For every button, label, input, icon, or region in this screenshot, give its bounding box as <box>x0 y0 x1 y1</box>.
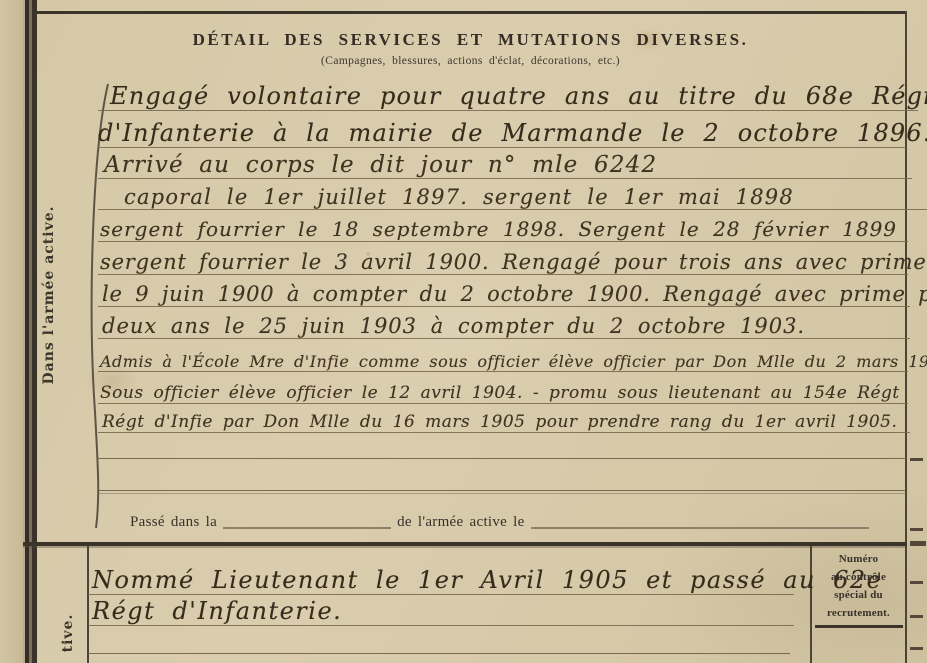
blank-rule <box>98 458 906 459</box>
left-border-bar <box>23 0 37 663</box>
blank-rule <box>98 490 906 491</box>
margin-tick <box>910 581 923 584</box>
blank-rule <box>88 653 790 654</box>
section-header: DÉTAIL DES SERVICES ET MUTATIONS DIVERSE… <box>36 30 905 67</box>
paper-edge <box>0 0 23 663</box>
fill-blank <box>223 523 391 529</box>
service-entry: Régt d'Infie par Don Mlle du 16 mars 190… <box>98 402 910 433</box>
margin-tick <box>910 541 926 546</box>
service-entry: sergent fourrier le 3 avril 1900. Rengag… <box>98 242 908 275</box>
service-entry: d'Infanterie à la mairie de Marmande le … <box>98 113 906 148</box>
service-entry: caporal le 1er juillet 1897. sergent le … <box>98 177 927 210</box>
margin-label-partial: tive. <box>60 603 80 663</box>
margin-tick <box>910 528 923 531</box>
service-entry: le 9 juin 1900 à compter du 2 octobre 19… <box>98 274 910 307</box>
service-entry: Sous officier élève officier le 12 avril… <box>98 373 908 404</box>
transfer-prefix: Passé dans la <box>130 514 217 531</box>
service-entry: Admis à l'École Mre d'Infie comme sous o… <box>98 341 908 372</box>
top-rule <box>36 11 906 14</box>
control-box-line: recrutement. <box>813 604 904 622</box>
control-box-rule <box>815 625 903 628</box>
margin-tick <box>910 458 923 461</box>
service-entry: sergent fourrier le 18 septembre 1898. S… <box>98 209 908 242</box>
transfer-row: Passé dans la de l'armée active le <box>130 503 875 531</box>
service-entry: Arrivé au corps le dit jour n° mle 6242 <box>98 146 912 179</box>
control-number-box: Numéro au contrôle spécial du recrutemen… <box>813 550 904 628</box>
fill-blank <box>531 523 869 529</box>
margin-label-armee-active: Dans l'armée active. <box>41 195 63 395</box>
margin-tick <box>910 615 923 618</box>
control-box-line: Numéro <box>813 550 904 568</box>
reserve-entry: Nommé Lieutenant le 1er Avril 1905 et pa… <box>88 558 794 595</box>
section-divider <box>23 542 907 546</box>
control-box-left-rule <box>810 546 812 663</box>
control-box-line: au contrôle <box>813 568 904 586</box>
page-title: DÉTAIL DES SERVICES ET MUTATIONS DIVERSE… <box>36 30 905 50</box>
margin-tick <box>910 647 923 650</box>
reserve-entry: Régt d'Infanterie. <box>88 591 794 626</box>
control-box-line: spécial du <box>813 586 904 604</box>
transfer-middle: de l'armée active le <box>397 514 525 531</box>
page-subtitle: (Campagnes, blessures, actions d'éclat, … <box>36 55 905 67</box>
service-entry: deux ans le 25 juin 1903 à compter du 2 … <box>98 306 910 339</box>
service-entry: Engagé volontaire pour quatre ans au tit… <box>98 76 918 111</box>
service-record-page: DÉTAIL DES SERVICES ET MUTATIONS DIVERSE… <box>0 0 927 663</box>
